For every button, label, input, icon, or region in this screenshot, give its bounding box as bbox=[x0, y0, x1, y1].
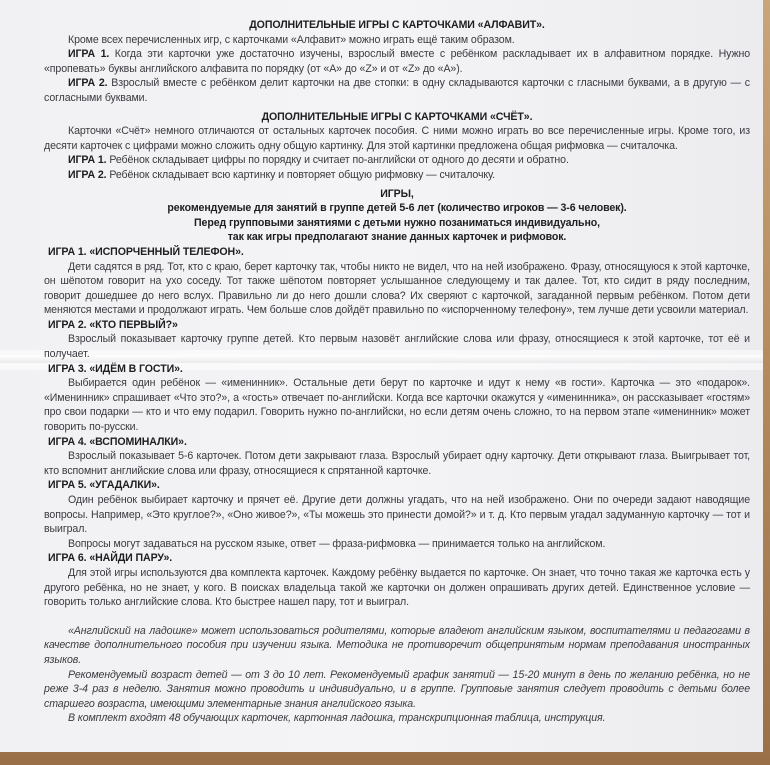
game-3-title: ИГРА 3. «ИДЁМ В ГОСТИ». bbox=[48, 362, 750, 377]
game-text: Когда эти карточки уже достаточно изучен… bbox=[44, 48, 750, 75]
game-6-text: Для этой игры используются два комплекта… bbox=[44, 566, 750, 610]
game-4-title: ИГРА 4. «ВСПОМИНАЛКИ». bbox=[48, 435, 750, 450]
game-text: Ребёнок складывает цифры по порядку и сч… bbox=[106, 154, 568, 166]
game-4-text: Взрослый показывает 5-6 карточек. Потом … bbox=[44, 449, 750, 478]
document-body: ДОПОЛНИТЕЛЬНЫЕ ИГРЫ С КАРТОЧКАМИ «АЛФАВИ… bbox=[44, 18, 750, 726]
game-2-title: ИГРА 2. «КТО ПЕРВЫЙ?» bbox=[48, 318, 750, 333]
game-text: Взрослый вместе с ребёнком делит карточк… bbox=[44, 77, 750, 104]
game-1-text: Дети садятся в ряд. Тот, кто с краю, бер… bbox=[44, 260, 750, 318]
count-intro: Карточки «Счёт» немного отличаются от ос… bbox=[44, 124, 750, 153]
game-3-text: Выбирается один ребёнок — «именинник». О… bbox=[44, 376, 750, 434]
game-5-title: ИГРА 5. «УГАДАЛКИ». bbox=[48, 478, 750, 493]
count-section-title: ДОПОЛНИТЕЛЬНЫЕ ИГРЫ С КАРТОЧКАМИ «СЧЁТ». bbox=[44, 110, 750, 125]
game-2-text: Взрослый показывает карточку группе дете… bbox=[44, 332, 750, 361]
footer-usage: «Английский на ладошке» может использова… bbox=[44, 624, 750, 668]
group-section-subtitle: рекомендуемые для занятий в группе детей… bbox=[44, 201, 750, 216]
group-section-note-2: так как игры предполагают знание данных … bbox=[44, 230, 750, 245]
alphabet-intro: Кроме всех перечисленных игр, с карточка… bbox=[44, 33, 750, 48]
game-label: ИГРА 1. bbox=[68, 48, 109, 60]
footer-contents: В комплект входят 48 обучающих карточек,… bbox=[44, 711, 750, 726]
count-game-1: ИГРА 1. Ребёнок складывает цифры по поря… bbox=[44, 153, 750, 168]
group-section-title: ИГРЫ, bbox=[44, 187, 750, 202]
game-label: ИГРА 1. bbox=[68, 154, 106, 166]
group-section-note-1: Перед групповыми занятиями с детьми нужн… bbox=[44, 216, 750, 231]
game-label: ИГРА 2. bbox=[68, 169, 106, 181]
game-6-title: ИГРА 6. «НАЙДИ ПАРУ». bbox=[48, 551, 750, 566]
game-text: Ребёнок складывает всю картинку и повтор… bbox=[106, 169, 495, 181]
instruction-sheet: ДОПОЛНИТЕЛЬНЫЕ ИГРЫ С КАРТОЧКАМИ «АЛФАВИ… bbox=[0, 0, 763, 752]
footer-schedule: Рекомендуемый возраст детей — от 3 до 10… bbox=[44, 668, 750, 712]
alphabet-game-1: ИГРА 1. Когда эти карточки уже достаточн… bbox=[44, 47, 750, 76]
count-game-2: ИГРА 2. Ребёнок складывает всю картинку … bbox=[44, 168, 750, 183]
alphabet-game-2: ИГРА 2. Взрослый вместе с ребёнком делит… bbox=[44, 76, 750, 105]
alphabet-section-title: ДОПОЛНИТЕЛЬНЫЕ ИГРЫ С КАРТОЧКАМИ «АЛФАВИ… bbox=[44, 18, 750, 33]
game-label: ИГРА 2. bbox=[68, 77, 107, 89]
game-5-text: Один ребёнок выбирает карточку и прячет … bbox=[44, 493, 750, 537]
game-5-note: Вопросы могут задаваться на русском язык… bbox=[44, 537, 750, 552]
game-1-title: ИГРА 1. «ИСПОРЧЕННЫЙ ТЕЛЕФОН». bbox=[48, 245, 750, 260]
